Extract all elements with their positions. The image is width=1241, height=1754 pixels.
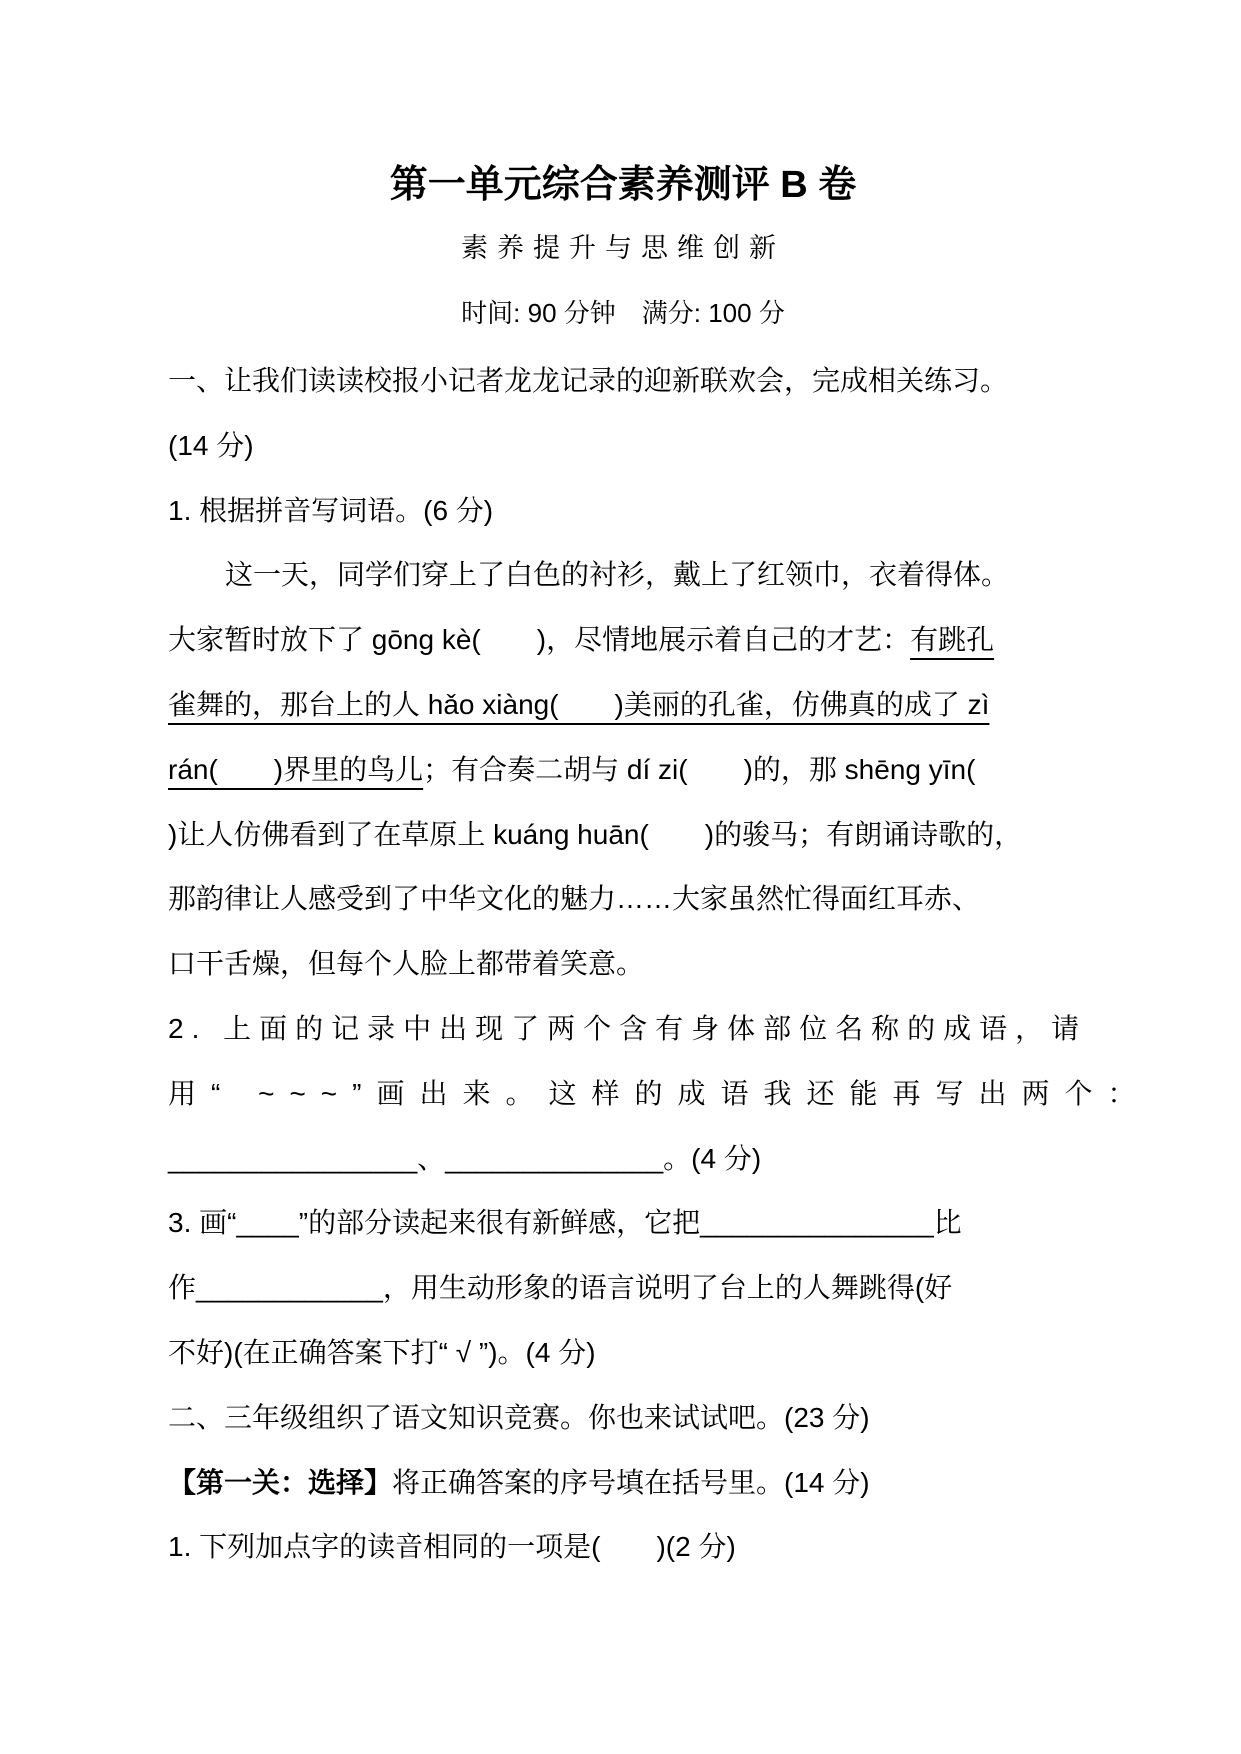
question-3-line-3: 不好)(在正确答案下打“ √ ”)。(4 分) [168, 1321, 1078, 1386]
test-paper-page: 第一单元综合素养测评 B 卷 素养提升与思维创新 时间: 90 分钟 满分: 1… [0, 0, 1241, 1754]
passage-line-2-underlined-text: 有跳孔 [910, 624, 994, 655]
gate-one-label: 【第一关：选择】 [168, 1467, 392, 1498]
passage-line-4-text: ；有合奏二胡与 dí zi( )的，那 shēng yīn( [423, 754, 975, 785]
section-two-heading: 二、三年级组织了语文知识竞赛。你也来试试吧。(23 分) [168, 1386, 1078, 1451]
question-2-line-2: 用“ ~~~”画出来。这样的成语我还能再写出两个： [168, 1062, 1078, 1127]
section-one-points: (14 分) [168, 414, 1078, 479]
section-two-question-1-prompt: 1. 下列加点字的读音相同的一项是( )(2 分) [168, 1515, 1078, 1580]
gate-one-heading: 【第一关：选择】将正确答案的序号填在括号里。(14 分) [168, 1451, 1078, 1516]
question-3-line-1: 3. 画“____”的部分读起来很有新鲜感，它把_______________比 [168, 1191, 1078, 1256]
question-3-line-2: 作____________，用生动形象的语言说明了台上的人舞跳得(好 [168, 1256, 1078, 1321]
page-content: 第一单元综合素养测评 B 卷 素养提升与思维创新 时间: 90 分钟 满分: 1… [0, 0, 1241, 1580]
passage-line-5: )让人仿佛看到了在草原上 kuáng huān( )的骏马；有朗诵诗歌的， [168, 803, 1078, 868]
time-and-score: 时间: 90 分钟 满分: 100 分 [168, 293, 1078, 333]
passage-line-3: 雀舞的，那台上的人 hǎo xiàng( )美丽的孔雀，仿佛真的成了 zì [168, 673, 1078, 738]
passage-line-7: 口干舌燥，但每个人脸上都带着笑意。 [168, 932, 1078, 997]
passage-line-2: 大家暂时放下了 gōng kè( )，尽情地展示着自己的才艺：有跳孔 [168, 608, 1078, 673]
passage-line-4-underlined-text: rán( )界里的鸟儿 [168, 754, 423, 785]
section-one-heading: 一、让我们读读校报小记者龙龙记录的迎新联欢会，完成相关练习。 [168, 349, 1078, 414]
page-title: 第一单元综合素养测评 B 卷 [168, 158, 1078, 212]
question-1-prompt: 1. 根据拼音写词语。(6 分) [168, 479, 1078, 544]
passage-line-1: 这一天，同学们穿上了白色的衬衫，戴上了红领巾，衣着得体。 [168, 543, 1078, 608]
question-2-answer-blanks: ________________、______________。(4 分) [168, 1127, 1078, 1192]
passage-line-4: rán( )界里的鸟儿；有合奏二胡与 dí zi( )的，那 shēng yīn… [168, 738, 1078, 803]
passage-line-2-text: 大家暂时放下了 gōng kè( )，尽情地展示着自己的才艺： [168, 624, 910, 655]
passage-line-3-underlined-text: 雀舞的，那台上的人 hǎo xiàng( )美丽的孔雀，仿佛真的成了 zì [168, 689, 989, 720]
passage-line-6: 那韵律让人感受到了中华文化的魅力……大家虽然忙得面红耳赤、 [168, 867, 1078, 932]
gate-one-instructions: 将正确答案的序号填在括号里。(14 分) [392, 1467, 870, 1498]
page-subtitle: 素养提升与思维创新 [168, 228, 1078, 268]
question-2-line-1: 2. 上面的记录中出现了两个含有身体部位名称的成语，请 [168, 997, 1078, 1062]
document-body: 一、让我们读读校报小记者龙龙记录的迎新联欢会，完成相关练习。 (14 分) 1.… [168, 349, 1078, 1580]
